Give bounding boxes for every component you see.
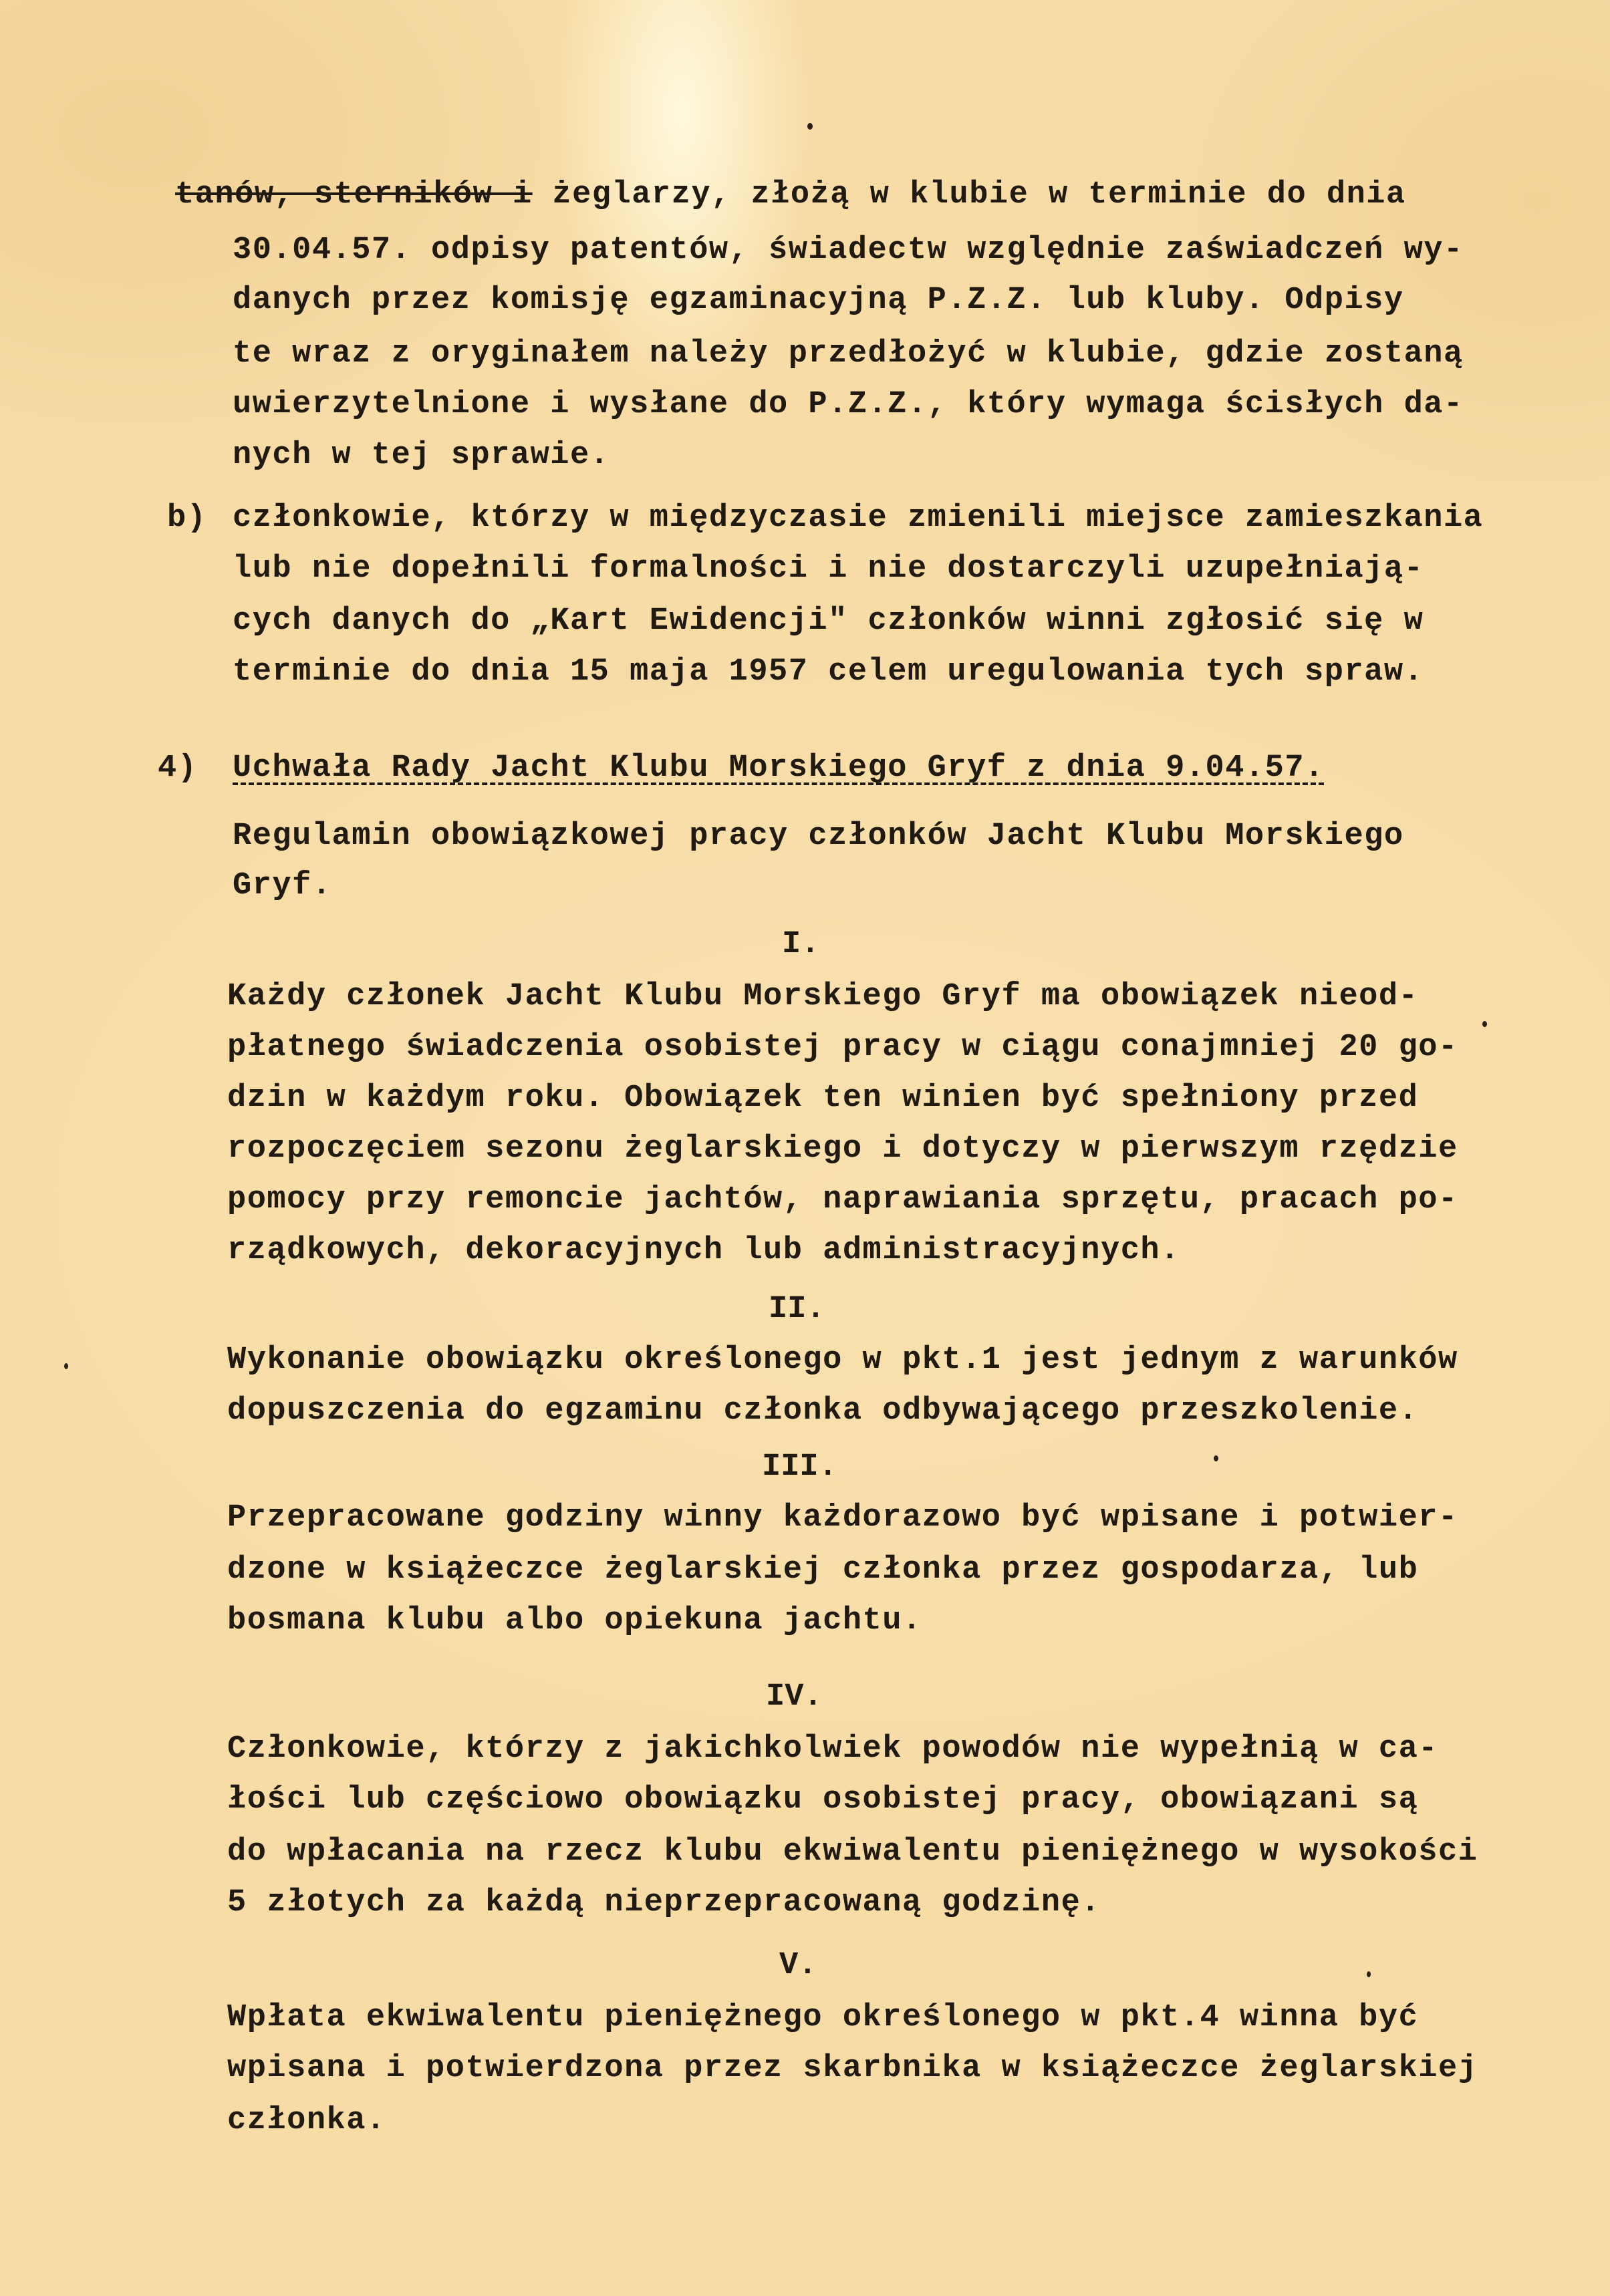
struck-text: tanów, sterników i (175, 177, 533, 212)
text-line: 30.04.57. odpisy patentów, świadectw wzg… (233, 231, 1464, 271)
text-line: Członkowie, którzy z jakichkolwiek powod… (227, 1729, 1438, 1769)
ink-speck (64, 1363, 68, 1369)
text-line: do wpłacania na rzecz klubu ekwiwalentu … (227, 1832, 1478, 1872)
text-line: łości lub częściowo obowiązku osobistej … (227, 1780, 1418, 1820)
text-line: te wraz z oryginałem należy przedłożyć w… (233, 334, 1464, 374)
text-line: rządkowych, dekoracyjnych lub administra… (227, 1231, 1180, 1271)
article-number: I. (782, 925, 819, 965)
article-number: IV. (766, 1677, 823, 1717)
text-line: Każdy członek Jacht Klubu Morskiego Gryf… (227, 977, 1418, 1017)
text-line: lub nie dopełnili formalności i nie dost… (233, 549, 1424, 589)
text-line: Wpłata ekwiwalentu pieniężnego określone… (227, 1998, 1418, 2038)
list-marker-b: b) (167, 498, 207, 539)
text-line: dopuszczenia do egzaminu członka odbywaj… (227, 1391, 1418, 1431)
ink-speck (807, 123, 813, 130)
article-number: V. (779, 1946, 817, 1986)
article-number: III. (762, 1447, 837, 1487)
list-marker-4: 4) (158, 748, 197, 788)
typewritten-document-page: tanów, sterników i żeglarzy, złożą w klu… (0, 0, 1610, 2296)
text-line: danych przez komisję egzaminacyjną P.Z.Z… (233, 281, 1404, 321)
ink-speck (1367, 1971, 1371, 1977)
text-line: pomocy przy remoncie jachtów, naprawiani… (227, 1180, 1458, 1220)
text-line: członkowie, którzy w międzyczasie zmieni… (233, 498, 1483, 539)
text-line: dzin w każdym roku. Obowiązek ten winien… (227, 1079, 1418, 1119)
regulation-subtitle: Regulamin obowiązkowej pracy członków Ja… (233, 817, 1404, 857)
text-line: terminie do dnia 15 maja 1957 celem ureg… (233, 652, 1424, 692)
text-line: Przepracowane godziny winny każdorazowo … (227, 1498, 1458, 1538)
text-line: tanów, sterników i żeglarzy, złożą w klu… (175, 175, 1406, 215)
text-line: cych danych do „Kart Ewidencji" członków… (233, 601, 1424, 641)
regulation-subtitle: Gryf. (233, 866, 332, 906)
text-line: płatnego świadczenia osobistej pracy w c… (227, 1028, 1458, 1068)
text-line: rozpoczęciem sezonu żeglarskiego i dotyc… (227, 1129, 1458, 1169)
text-line: bosmana klubu albo opiekuna jachtu. (227, 1601, 922, 1641)
text-line: nych w tej sprawie. (233, 436, 610, 476)
text-line: 5 złotych za każdą nieprzepracowaną godz… (227, 1883, 1101, 1923)
text-line: uwierzytelnione i wysłane do P.Z.Z., któ… (233, 385, 1464, 425)
line-remainder: żeglarzy, złożą w klubie w terminie do d… (533, 177, 1406, 212)
text-line: członka. (227, 2101, 386, 2141)
ink-speck (1214, 1455, 1218, 1461)
article-number: II. (769, 1290, 825, 1330)
text-line: wpisana i potwierdzona przez skarbnika w… (227, 2049, 1478, 2089)
resolution-title: Uchwała Rady Jacht Klubu Morskiego Gryf … (233, 748, 1325, 788)
ink-speck (1482, 1021, 1487, 1027)
text-line: Wykonanie obowiązku określonego w pkt.1 … (227, 1340, 1458, 1381)
text-line: dzone w książeczce żeglarskiej członka p… (227, 1550, 1418, 1590)
